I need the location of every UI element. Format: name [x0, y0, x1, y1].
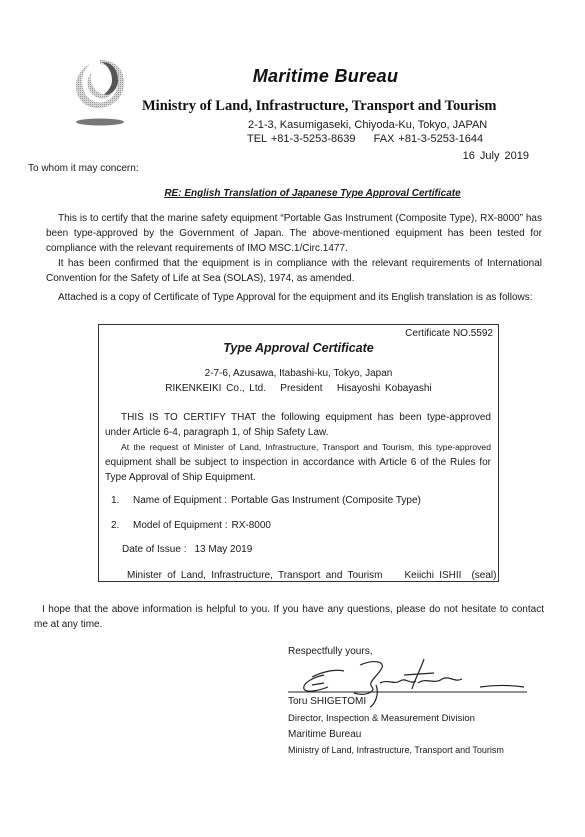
signer-ministry: Ministry of Land, Infrastructure, Transp… — [288, 745, 504, 755]
letterhead-address: 2-1-3, Kasumigaseki, Chiyoda-Ku, Tokyo, … — [248, 119, 487, 131]
greeting: To whom it may concern: — [28, 163, 139, 174]
certificate-address: 2-7-6, Azusawa, Itabashi-ku, Tokyo, Japa… — [99, 368, 498, 379]
certificate-number: Certificate NO.5592 — [405, 328, 493, 339]
certificate-company: RIKENKEIKI Co., Ltd. President Hisayoshi… — [99, 383, 498, 394]
letter-date: 16 July 2019 — [463, 150, 529, 162]
date-of-issue: Date of Issue :13 May 2019 — [122, 544, 252, 555]
signer-name: Toru SHIGETOMI — [288, 696, 366, 707]
paragraph-compliance: It has been confirmed that the equipment… — [46, 256, 542, 286]
certificate-box: Certificate NO.5592 Type Approval Certif… — [98, 324, 499, 582]
equipment-name-item: 1.Name of Equipment :Portable Gas Instru… — [111, 495, 421, 506]
letterhead-contact: TEL +81-3-5253-8639 FAX +81-3-5253-1644 — [247, 133, 483, 145]
signer-title: Director, Inspection & Measurement Divis… — [288, 713, 475, 724]
equipment-model-item: 2.Model of Equipment :RX-8000 — [111, 520, 271, 531]
bureau-title: Maritime Bureau — [0, 66, 585, 87]
subject-line: RE: English Translation of Japanese Type… — [0, 188, 585, 199]
certificate-body: THIS IS TO CERTIFY THAT the following eq… — [105, 410, 491, 485]
tel-number: TEL +81-3-5253-8639 — [247, 133, 356, 145]
certify-statement: THIS IS TO CERTIFY THAT the following eq… — [105, 410, 491, 440]
attached-note: Attached is a copy of Certificate of Typ… — [58, 292, 533, 303]
minister-signature-line: Minister of Land, Infrastructure, Transp… — [127, 570, 496, 581]
signer-organization: Maritime Bureau — [288, 729, 361, 740]
fax-number: FAX +81-3-5253-1644 — [374, 133, 484, 145]
certificate-title: Type Approval Certificate — [99, 341, 498, 355]
ministry-name: Ministry of Land, Infrastructure, Transp… — [142, 98, 497, 115]
closing-paragraph: I hope that the above information is hel… — [34, 602, 544, 632]
request-statement: At the request of Minister of Land, Infr… — [105, 440, 491, 485]
paragraph-certify: This is to certify that the marine safet… — [46, 211, 542, 256]
